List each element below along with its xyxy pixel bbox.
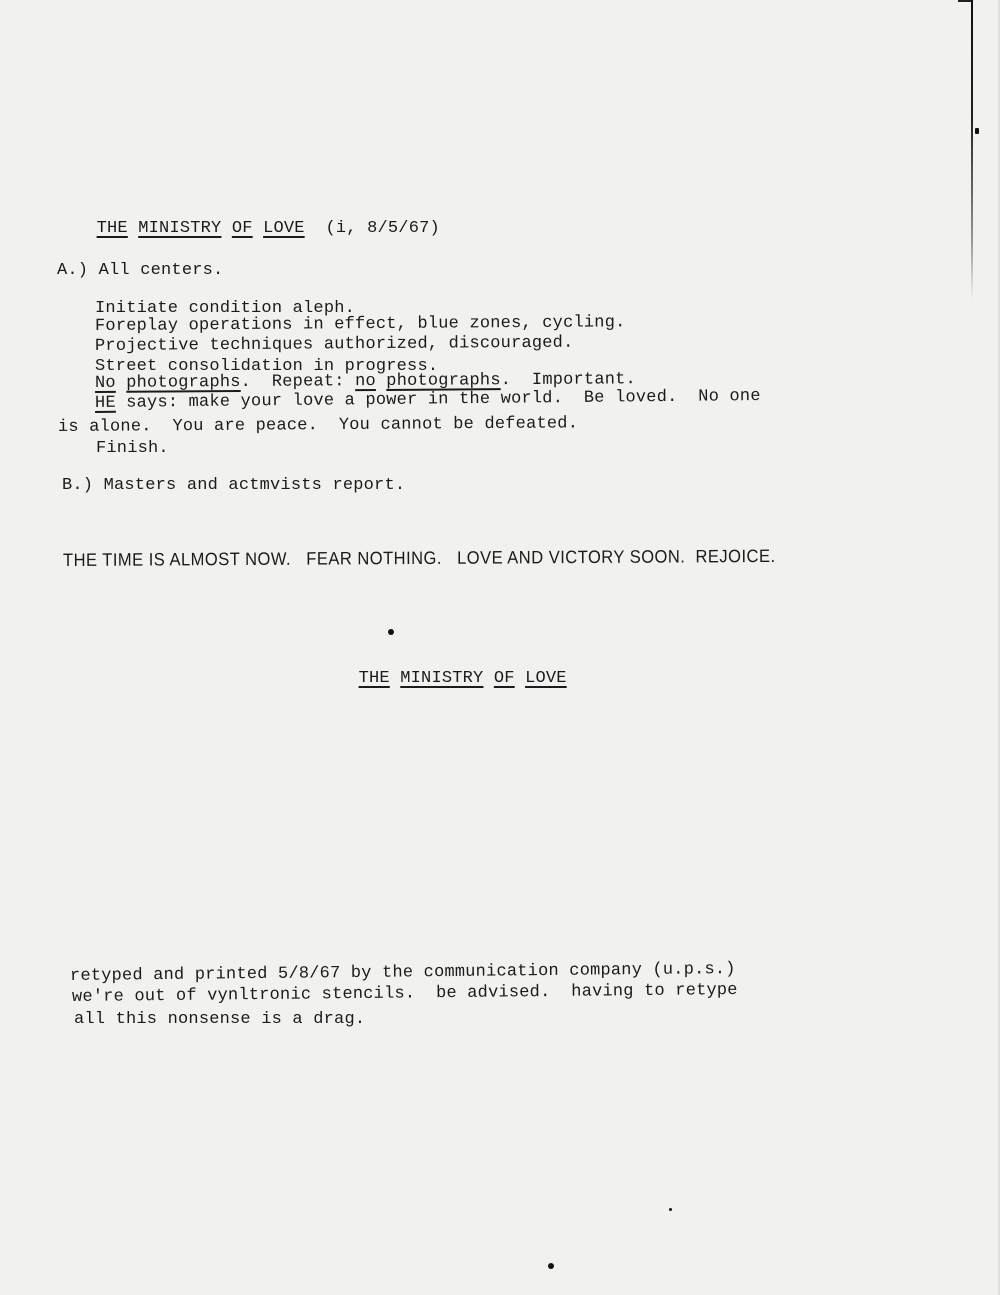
title-word: THE bbox=[97, 219, 128, 238]
section-b-label: B.) Masters and actmvists report. bbox=[62, 476, 405, 495]
underlined-he: HE bbox=[95, 394, 116, 413]
signature: THE MINISTRY OF LOVE bbox=[317, 650, 567, 707]
title-date-note: (i, 8/5/67) bbox=[326, 219, 440, 238]
signature-word: THE bbox=[359, 669, 390, 688]
title-word: OF bbox=[232, 219, 253, 238]
signature-word: LOVE bbox=[525, 669, 567, 688]
underlined-photographs: photographs bbox=[386, 371, 501, 391]
repeat-text: . Repeat: bbox=[241, 372, 356, 392]
ink-dot bbox=[548, 1263, 554, 1269]
underlined-no: No bbox=[95, 374, 116, 393]
page-edge-line bbox=[971, 0, 973, 300]
section-a-line: Projective techniques authorized, discou… bbox=[95, 334, 574, 356]
underlined-no: no bbox=[355, 372, 376, 391]
title-word: MINISTRY bbox=[138, 219, 221, 238]
signature-word: OF bbox=[494, 669, 515, 688]
signature-word: MINISTRY bbox=[400, 669, 483, 688]
document-page: THE MINISTRY OF LOVE (i, 8/5/67) A.) All… bbox=[0, 0, 1000, 1295]
slogan: THE TIME IS ALMOST NOW. FEAR NOTHING. LO… bbox=[63, 546, 776, 571]
section-a-line: Foreplay operations in effect, blue zone… bbox=[95, 313, 626, 336]
title-word: LOVE bbox=[263, 219, 305, 238]
continuation-line: is alone. You are peace. You cannot be d… bbox=[58, 414, 578, 437]
ink-mark bbox=[975, 128, 979, 134]
document-title: THE MINISTRY OF LOVE (i, 8/5/67) bbox=[55, 200, 440, 257]
important-text: . Important. bbox=[501, 370, 636, 390]
underlined-photographs: photographs bbox=[126, 373, 241, 393]
section-a-label: A.) All centers. bbox=[57, 261, 223, 280]
ink-dot bbox=[388, 629, 394, 635]
page-edge-mark bbox=[958, 0, 972, 2]
finish-line: Finish. bbox=[96, 439, 169, 458]
footer-line: all this nonsense is a drag. bbox=[74, 1010, 365, 1029]
ink-speck bbox=[669, 1208, 672, 1211]
